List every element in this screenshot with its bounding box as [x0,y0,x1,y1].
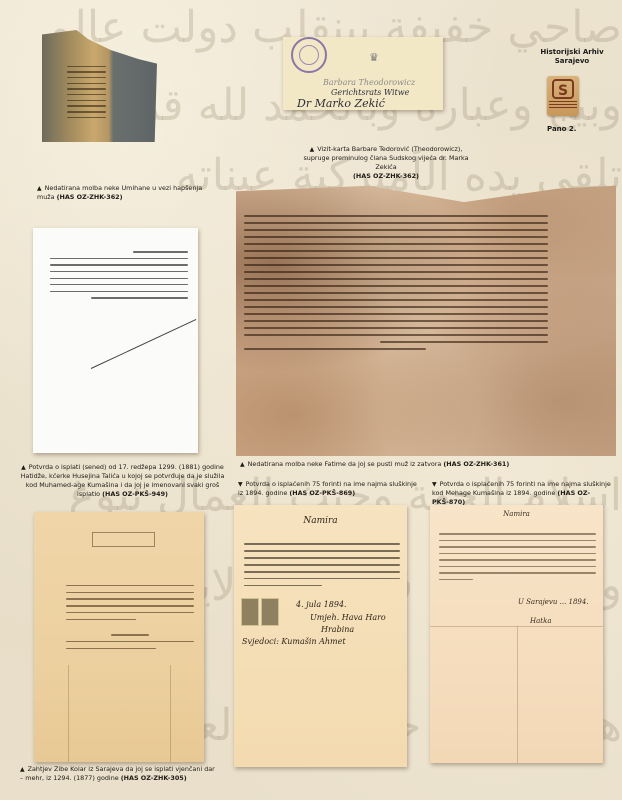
document-image-receipt-870: Namira U Sarajevu ... 1894. Hatka [430,505,603,763]
caption-ziba-kolar: ▲Zahtjev Zibe Kolar iz Sarajeva da joj s… [20,765,220,783]
signature: Umjeh. Hava Haro [310,613,386,622]
archive-name: Historijski Arhiv Sarajevo [532,48,612,66]
card-title: Gerichtsrats Witwe [331,88,409,97]
reference-code: (HAS OZ-ZHK-305) [121,774,187,782]
witness-signature: Svjedoci: Kumašin Ahmet [242,637,346,646]
document-image-hatidza-receipt [33,228,198,453]
caption-hatidza-receipt: ▲Potvrda o isplati (sened) od 17. redžep… [20,463,225,499]
document-image-fatima-petition [236,183,616,456]
caption-receipt-870: ▼Potvrda o isplaćenih 75 forinti na ime … [432,480,617,507]
caption-fragment: ▲Nedatirana molba neke Umihane u vezi ha… [37,184,217,202]
document-heading: Namira [430,510,603,518]
reference-code: (HAS OZ-PKŠ-949) [102,490,168,498]
caption-receipt-869: ▼Potvrda o isplaćenih 75 forinti na ime … [238,480,418,498]
reference-code: (HAS OZ-ZHK-362) [57,193,123,201]
panel-label: Pano 2. [547,125,576,133]
document-image-receipt-869: Namira 4. jula 1894. Umjeh. Hava Haro Hr… [234,505,407,767]
reference-code: (HAS OZ-ZHK-361) [443,460,509,468]
caption-fatima-petition: ▲Nedatirana molba neke Fatime da joj se … [240,460,620,469]
document-place-date: U Sarajevu ... 1894. [518,598,589,606]
document-image-ziba-kolar-request [34,512,204,762]
logo-monogram: S [552,79,574,99]
triangle-up-icon: ▲ [37,185,42,192]
reference-code: (HAS OZ-ZHK-362) [353,172,419,180]
triangle-up-icon: ▲ [21,464,26,471]
signature: Hatka [530,617,552,625]
revenue-stamps [241,598,281,626]
archive-logo: S [547,76,579,116]
triangle-up-icon: ▲ [310,146,315,153]
postmark-stamp [291,37,327,73]
triangle-up-icon: ▲ [20,766,25,773]
crown-icon: ♛ [369,51,379,64]
card-name: Barbara Theodorowicz [323,78,415,87]
card-handwriting: Dr Marko Zekić [297,97,385,110]
triangle-down-icon: ▼ [238,481,243,488]
triangle-up-icon: ▲ [240,461,245,468]
caption-visiting-card: ▲Vizit-karta Barbare Tedorović (Theodoro… [296,145,476,181]
reference-code: (HAS OZ-PKŠ-869) [289,489,355,497]
document-date: 4. jula 1894. [296,600,347,609]
document-heading: Namira [234,516,407,526]
triangle-down-icon: ▼ [432,481,437,488]
document-image-visiting-card: ♛ Barbara Theodorowicz Gerichtsrats Witw… [283,37,443,110]
signature: Hrabina [321,625,354,634]
